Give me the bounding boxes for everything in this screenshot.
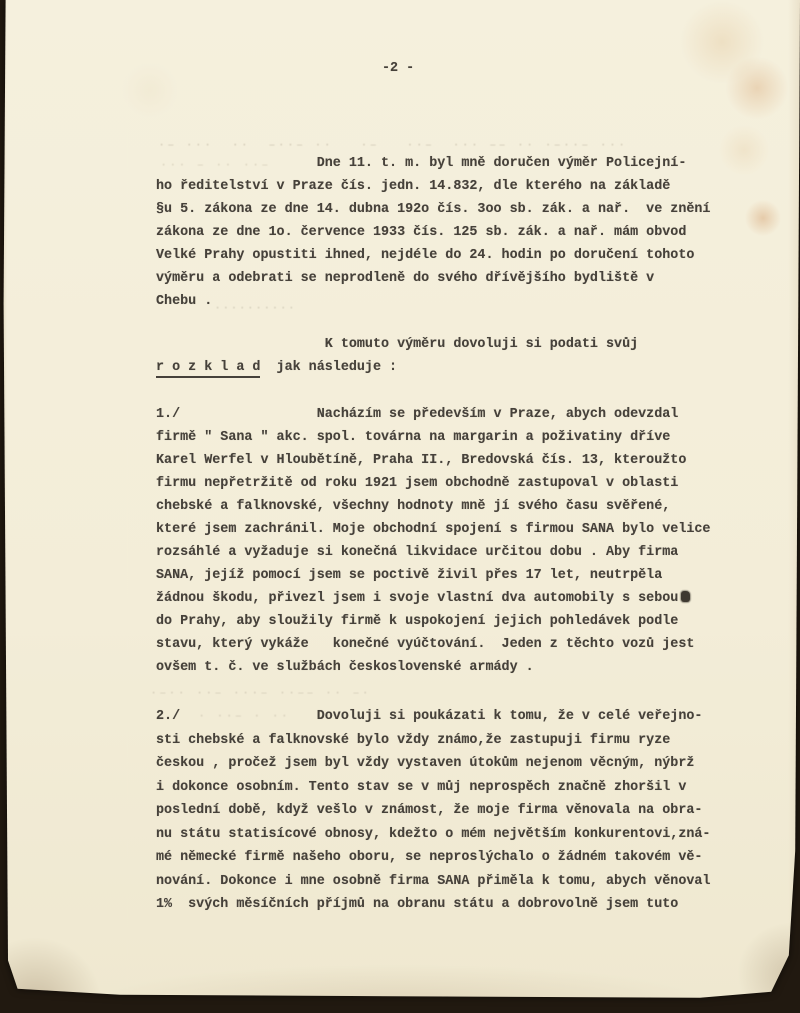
text-line: Dne 11. t. m. byl mně doručen výměr Poli… <box>156 152 766 175</box>
text-line: §u 5. zákona ze dne 14. dubna 192o čís. … <box>156 198 766 221</box>
text-line: Chebu . <box>156 290 766 313</box>
text-line: zákona ze dne 1o. července 1933 čís. 125… <box>156 221 766 244</box>
text-line: sti chebské a falknovské bylo vždy známo… <box>156 729 766 753</box>
text-line: českou , pročež jsem byl vždy vystaven ú… <box>156 752 766 776</box>
scan-area: ·– ··· ·· –··– ·· ·– ··– ··· –– ·· ·–··–… <box>0 0 800 1013</box>
text-line: které jsem zachránil. Moje obchodní spoj… <box>156 518 766 541</box>
typed-text-block: -2 - Dne 11. t. m. byl mně doručen výměr… <box>156 0 766 917</box>
text-line: nu státu statisícové obnosy, kdežto o mé… <box>156 823 766 847</box>
text-line: firmě " Sana " akc. spol. továrna na mar… <box>156 426 766 449</box>
text-line: výměru a odebrati se neprodleně do svého… <box>156 267 766 290</box>
text-line: i dokonce osobním. Tento stav se v můj n… <box>156 776 766 800</box>
text-line: rozsáhlé a vyžaduje si konečná likvidace… <box>156 541 766 564</box>
text-line: chebské a falknovské, všechny hodnoty mn… <box>156 495 766 518</box>
paragraph-point-1: 1./ Nacházím se především v Praze, abych… <box>156 403 766 679</box>
text-line: SANA, jejíž pomocí jsem se poctivě živil… <box>156 564 766 587</box>
text-line: r o z k l a d jak následuje : <box>156 356 766 379</box>
rozklad-rest: jak následuje : <box>260 360 397 375</box>
paragraph-rozklad: K tomuto výměru dovoluji si podati svůj … <box>156 333 766 379</box>
text-line: Velké Prahy opustiti ihned, nejdéle do 2… <box>156 244 766 267</box>
text-line: Karel Werfel v Hloubětíně, Praha II., Br… <box>156 449 766 472</box>
text-line: mé německé firmě našeho oboru, se nepros… <box>156 846 766 870</box>
overstrike-blot <box>681 591 690 602</box>
text-line: ovšem t. č. ve službách československé a… <box>156 656 766 679</box>
paragraph-intro: Dne 11. t. m. byl mně doručen výměr Poli… <box>156 152 766 313</box>
text-line: stavu, který vykáže konečné vyúčtování. … <box>156 633 766 656</box>
document-page: ·– ··· ·· –··– ·· ·– ··– ··· –– ·· ·–··–… <box>0 0 800 1013</box>
text-line: žádnou škodu, přivezl jsem i svoje vlast… <box>156 587 766 610</box>
text-line: 1% svých měsíčních příjmů na obranu stát… <box>156 893 766 917</box>
text-line: poslední době, když vešlo v známost, že … <box>156 799 766 823</box>
text-line: firmu nepřetržitě od roku 1921 jsem obch… <box>156 472 766 495</box>
paragraph-point-2: 2./ Dovoluji si poukázati k tomu, že v c… <box>156 705 766 917</box>
page-number: -2 - <box>382 57 766 80</box>
text-line: ho ředitelství v Praze čís. jedn. 14.832… <box>156 175 766 198</box>
text-line: 1./ Nacházím se především v Praze, abych… <box>156 403 766 426</box>
text-line: 2./ Dovoluji si poukázati k tomu, že v c… <box>156 705 766 729</box>
rozklad-underlined-word: r o z k l a d <box>156 360 260 378</box>
text-line: K tomuto výměru dovoluji si podati svůj <box>156 333 766 356</box>
text-line: do Prahy, aby sloužily firmě k uspokojen… <box>156 610 766 633</box>
text-line: nování. Dokonce i mne osobně firma SANA … <box>156 870 766 894</box>
scanned-document-screenshot: { "colors": { "paper": "#f4eeda", "ink":… <box>0 0 800 1013</box>
